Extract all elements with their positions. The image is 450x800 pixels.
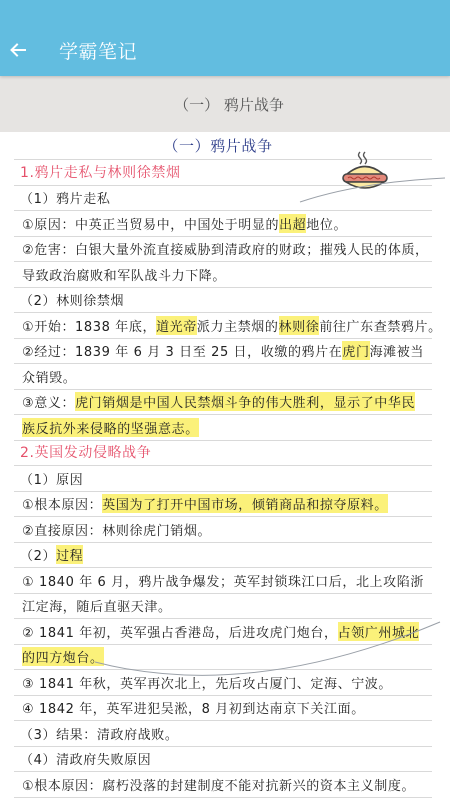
note-text: ①开始：1838 年底， — [22, 316, 156, 335]
note-text: ① 1840 年 6 月，鸦片战争爆发；英军封锁珠江口后，北上攻陷浙 — [22, 571, 424, 590]
highlighted-text: 的四方炮台。 — [22, 647, 104, 666]
highlighted-text: 过程 — [56, 545, 83, 564]
app-bar: 学霸笔记 — [0, 0, 450, 76]
note-line: ③ 1841 年秋，英军再次北上，先后攻占厦门、定海、宁波。 — [14, 672, 432, 696]
highlighted-text: 道光帝 — [156, 316, 197, 335]
highlighted-text: 族反抗外来侵略的坚强意志。 — [22, 418, 199, 437]
note-text: 众销毁。 — [22, 367, 76, 386]
note-text: ② 1841 年初，英军强占香港岛，后进攻虎门炮台， — [22, 622, 338, 641]
note-text: ①根本原因：腐朽没落的封建制度不能对抗新兴的资本主义制度。 — [22, 775, 415, 794]
note-text: 前往广东查禁鸦片。 — [319, 316, 441, 335]
note-image: （一）鸦片战争 1.鸦片走私与林则徐禁烟（1）鸦片走私①原因：中英正当贸易中，中… — [0, 132, 450, 800]
note-text: ③ 1841 年秋，英军再次北上，先后攻占厦门、定海、宁波。 — [22, 673, 392, 692]
hotdog-icon — [340, 148, 390, 198]
note-line: ②经过：1839 年 6 月 3 日至 25 日，收缴的鸦片在虎门海滩被当 — [14, 340, 432, 364]
note-text: ④ 1842 年，英军进犯吴淞，8 月初到达南京下关江面。 — [22, 698, 365, 717]
note-text: 2.英国发动侵略战争 — [20, 442, 151, 462]
note-text: （2） — [20, 545, 56, 564]
note-line: ①根本原因：腐朽没落的封建制度不能对抗新兴的资本主义制度。 — [14, 774, 432, 798]
app-title: 学霸笔记 — [59, 37, 137, 64]
arrow-left-icon — [8, 40, 28, 60]
note-section-heading: 2.英国发动侵略战争 — [14, 442, 432, 466]
note-text: （1）原因 — [20, 469, 83, 488]
highlighted-text: 占领广州城北 — [338, 622, 420, 641]
note-line: ①根本原因：英国为了打开中国市场，倾销商品和掠夺原料。 — [14, 493, 432, 517]
note-line: ④ 1842 年，英军进犯吴淞，8 月初到达南京下关江面。 — [14, 697, 432, 721]
highlighted-text: 出超 — [279, 214, 306, 233]
note-line: 众销毁。 — [14, 366, 432, 390]
back-button[interactable] — [3, 35, 33, 65]
note-text: （2）林则徐禁烟 — [20, 290, 124, 309]
note-line: ②危害：白银大量外流直接威胁到清政府的财政；摧残人民的体质， — [14, 238, 432, 262]
note-text: （4）清政府失败原因 — [20, 749, 151, 768]
note-text: 江定海，随后直驱天津。 — [22, 596, 172, 615]
highlighted-text: 英国为了打开中国市场，倾销商品和掠夺原料。 — [102, 494, 388, 513]
note-text: ②经过：1839 年 6 月 3 日至 25 日，收缴的鸦片在 — [22, 341, 342, 360]
note-text: 1.鸦片走私与林则徐禁烟 — [20, 162, 181, 182]
note-line: 江定海，随后直驱天津。 — [14, 595, 432, 619]
note-text: ①根本原因： — [22, 494, 102, 513]
note-line: 的四方炮台。 — [14, 646, 432, 670]
highlighted-text: 林则徐 — [279, 316, 320, 335]
note-text: ②危害：白银大量外流直接威胁到清政府的财政；摧残人民的体质， — [22, 239, 429, 258]
note-text: （1）鸦片走私 — [20, 188, 110, 207]
note-text: （3）结果：清政府战败。 — [20, 724, 178, 743]
highlighted-text: 虎门销烟是中国人民禁烟斗争的伟大胜利，显示了中华民 — [75, 392, 415, 411]
note-line: ①原因：中英正当贸易中，中国处于明显的出超地位。 — [14, 213, 432, 237]
note-line: ②直接原因：林则徐虎门销烟。 — [14, 519, 432, 543]
note-subheading: （3）结果：清政府战败。 — [14, 723, 432, 747]
note-line: ③意义：虎门销烟是中国人民禁烟斗争的伟大胜利，显示了中华民 — [14, 391, 432, 415]
note-line: ①开始：1838 年底，道光帝派力主禁烟的林则徐前往广东查禁鸦片。 — [14, 315, 432, 339]
note-subheading: （2）林则徐禁烟 — [14, 289, 432, 313]
chapter-title: （一） 鸦片战争 — [0, 76, 450, 132]
note-text: 派力主禁烟的 — [197, 316, 279, 335]
note-text: 海滩被当 — [370, 341, 424, 360]
note-text: ①原因：中英正当贸易中，中国处于明显的 — [22, 214, 279, 233]
note-line: 族反抗外来侵略的坚强意志。 — [14, 417, 432, 441]
note-subheading: （1）原因 — [14, 468, 432, 492]
note-text: ③意义： — [22, 392, 75, 411]
note-subheading: （2）过程 — [14, 544, 432, 568]
note-line: ① 1840 年 6 月，鸦片战争爆发；英军封锁珠江口后，北上攻陷浙 — [14, 570, 432, 594]
note-text: ②直接原因：林则徐虎门销烟。 — [22, 520, 211, 539]
note-subheading: （4）清政府失败原因 — [14, 748, 432, 772]
note-line: 导致政治腐败和军队战斗力下降。 — [14, 264, 432, 288]
highlighted-text: 虎门 — [342, 341, 369, 360]
note-text: 地位。 — [306, 214, 347, 233]
note-text: 导致政治腐败和军队战斗力下降。 — [22, 265, 226, 284]
note-line: ② 1841 年初，英军强占香港岛，后进攻虎门炮台，占领广州城北 — [14, 621, 432, 645]
